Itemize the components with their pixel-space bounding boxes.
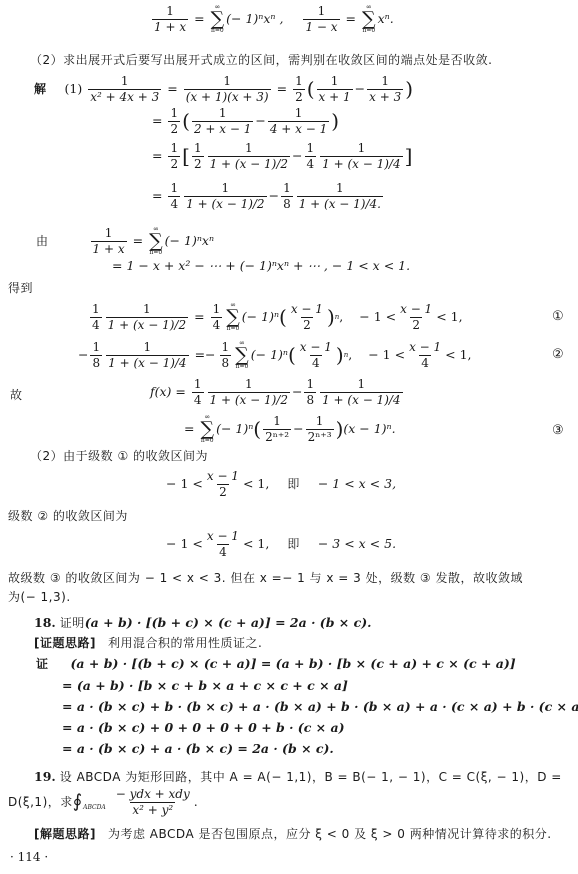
fraction: x − 12	[205, 470, 241, 498]
fraction: x − 14	[407, 341, 443, 369]
fraction: 11 + (x − 1)/2	[184, 182, 266, 210]
sum-symbol: ∞∑n=0	[226, 302, 240, 332]
fraction: 14	[211, 303, 223, 331]
equation-marker-1: ①	[552, 309, 564, 324]
fraction: 18	[304, 378, 316, 406]
equation-marker-2: ②	[552, 347, 564, 362]
problem-19-line-1: 19. 设 ABCDA 为矩形回路，其中 A = A(− 1,1)，B = B(…	[34, 771, 562, 784]
fraction: x − 12	[398, 303, 434, 331]
fraction: 11 + (x − 1)/4	[320, 378, 402, 406]
fraction: 12	[168, 142, 180, 170]
sum-symbol: ∞∑n=0	[149, 226, 163, 256]
sum-symbol: ∞∑n=0	[362, 4, 376, 34]
gu-label: 故	[10, 389, 23, 401]
dedao-label: 得到	[8, 282, 33, 294]
fraction: 11 + x	[152, 5, 188, 33]
problem-18-proof-line-1: 证 (a + b) · [(b + c) × (c + a)] = (a + b…	[36, 658, 516, 671]
fraction: 18	[281, 182, 293, 210]
fraction: 11 + (x − 1)/4	[320, 142, 402, 170]
fraction: 12	[168, 107, 180, 135]
fraction: 14	[90, 303, 102, 331]
sum-symbol: ∞∑n=0	[200, 414, 214, 444]
page-number: · 114 ·	[10, 851, 48, 863]
fraction: 12	[293, 75, 305, 103]
fraction: 11 + (x − 1)/2	[106, 303, 188, 331]
fraction: 12ⁿ⁺²	[263, 415, 291, 443]
fraction: x − 12	[289, 303, 325, 331]
interval-1: − 1 < x − 12 < 1, 即 − 1 < x < 3,	[166, 470, 396, 498]
interval-2: − 1 < x − 14 < 1, 即 − 3 < x < 5.	[166, 530, 396, 558]
solution-step-4: = 14 11 + (x − 1)/2 − 18 11 + (x − 1)/4.	[152, 182, 385, 210]
fraction: 11 + (x − 1)/2	[208, 142, 290, 170]
contour-integral-symbol: ∮ABCDA	[73, 793, 106, 811]
solution-step-3: = 12 [ 12 11 + (x − 1)/2 − 14 11 + (x − …	[152, 142, 412, 170]
problem-18-proof-line-5: = a · (b × c) + a · (b × c) = 2a · (b × …	[62, 743, 334, 756]
geom-series-line: 由 11 + x = ∞∑n=0 (− 1)ⁿxⁿ	[36, 226, 214, 256]
series-1: 14 11 + (x − 1)/2 = 14 ∞∑n=0 (− 1)ⁿ (x −…	[88, 302, 463, 332]
fraction: 1(x + 1)(x + 3)	[184, 75, 271, 103]
fraction: 12	[192, 142, 204, 170]
problem-18-proof-line-4: = a · (b × c) + 0 + 0 + 0 + 0 + b · (c ×…	[62, 722, 345, 735]
fraction: 18	[90, 341, 102, 369]
fraction: x − 14	[298, 341, 334, 369]
equation-marker-3: ③	[552, 423, 564, 438]
problem-19-hint: [解题思路] 为考虑 ABCDA 是否包围原点，应分 ξ < 0 及 ξ > 0…	[34, 828, 552, 840]
fraction: 11 + (x − 1)/4	[106, 341, 188, 369]
fraction: x − 14	[205, 530, 241, 558]
fraction: 12 + x − 1	[192, 107, 253, 135]
problem-18-hint: [证题思路] 利用混合积的常用性质证之.	[34, 637, 262, 649]
problem-18-statement: 18. 证明 (a + b) · [(b + c) × (c + a)] = 2…	[34, 617, 371, 630]
fraction: 11 + (x − 1)/2	[208, 378, 290, 406]
fraction: 1x + 3	[367, 75, 403, 103]
note-2: （2）求出展开式后要写出展开式成立的区间，需判别在收敛区间的端点处是否收敛.	[30, 54, 492, 66]
fraction: − ydx + xdyx² + y²	[114, 788, 192, 816]
problem-18-proof-line-3: = a · (b × c) + b · (b × c) + a · (b × a…	[62, 701, 578, 714]
conclusion-line-1: 故级数 ③ 的收敛区间为 − 1 < x < 3. 但在 x =− 1 与 x …	[8, 572, 523, 584]
sum-symbol: ∞∑n=0	[211, 4, 225, 34]
series-2: − 18 11 + (x − 1)/4 =− 18 ∞∑n=0 (− 1)ⁿ (…	[78, 340, 472, 370]
fraction: 18	[220, 341, 232, 369]
fraction: 14	[305, 142, 317, 170]
fraction: 11 + (x − 1)/4.	[297, 182, 383, 210]
solution-step-2: = 12 ( 12 + x − 1 − 14 + x − 1 )	[152, 107, 339, 135]
fraction: 11 − x	[303, 5, 339, 33]
fraction: 14	[168, 182, 180, 210]
fraction: 14 + x − 1	[268, 107, 329, 135]
fx-line-2: = ∞∑n=0 (− 1)ⁿ ( 12ⁿ⁺² − 12ⁿ⁺³ ) (x − 1)…	[184, 414, 396, 444]
part2-mid: 级数 ② 的收敛区间为	[8, 510, 128, 522]
fraction: 1x + 1	[317, 75, 353, 103]
conclusion-line-2: 为(− 1,3).	[8, 591, 71, 603]
solution-step-1: 解 (1) 1x² + 4x + 3 = 1(x + 1)(x + 3) = 1…	[34, 75, 413, 103]
sum-symbol: ∞∑n=0	[235, 340, 249, 370]
fraction: 12ⁿ⁺³	[306, 415, 334, 443]
fx-line-1: f(x) = 14 11 + (x − 1)/2 − 18 11 + (x − …	[150, 378, 405, 406]
formula-geometric-series: 11 + x = ∞∑n=0 (− 1)ⁿxⁿ , 11 − x = ∞∑n=0…	[150, 4, 394, 34]
geom-series-expansion: = 1 − x + x² − ⋯ + (− 1)ⁿxⁿ + ⋯ , − 1 < …	[112, 260, 410, 273]
part2-intro: （2）由于级数 ① 的收敛区间为	[30, 450, 208, 462]
fraction: 1x² + 4x + 3	[88, 75, 161, 103]
problem-19-line-2: D(ξ,1)，求 ∮ABCDA − ydx + xdyx² + y² .	[8, 788, 198, 816]
fraction: 14	[192, 378, 204, 406]
fraction: 11 + x	[91, 227, 127, 255]
solution-label: 解	[34, 83, 47, 95]
problem-18-proof-line-2: = (a + b) · [b × c + b × a + c × c + c ×…	[62, 680, 348, 693]
